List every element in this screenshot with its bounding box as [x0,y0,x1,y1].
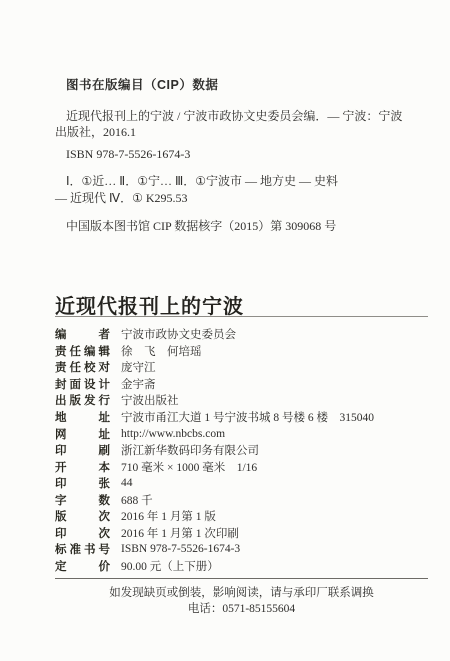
cip-section: 图书在版编目（CIP）数据 近现代报刊上的宁波 / 宁波市政协文史委员会编．— … [55,77,428,235]
row-label: 标准书号 [55,541,110,557]
colophon-row-publisher: 出版发行 宁波出版社 [55,392,428,409]
row-value: 浙江新华数码印务有限公司 [121,442,259,458]
cip-entry-line1: 近现代报刊上的宁波 / 宁波市政协文史委员会编．— 宁波：宁波 [55,108,428,125]
cip-heading: 图书在版编目（CIP）数据 [55,77,428,94]
cip-entry: 近现代报刊上的宁波 / 宁波市政协文史委员会编．— 宁波：宁波 出版社，2016… [55,108,428,141]
row-value: 90.00 元（上下册） [121,558,219,574]
row-value: ISBN 978-7-5526-1674-3 [121,543,240,555]
colophon-row-word-count: 字 数 688 千 [55,491,428,508]
row-value: 金宇斋 [121,376,156,392]
colophon-row-responsible-editor: 责任编辑 徐 飞 何培瑶 [55,343,428,360]
colophon-row-address: 地 址 宁波市甬江大道 1 号宁波书城 8 号楼 6 楼 315040 [55,409,428,426]
copyright-page: 图书在版编目（CIP）数据 近现代报刊上的宁波 / 宁波市政协文史委员会编．— … [0,0,450,661]
cip-isbn-line: ISBN 978-7-5526-1674-3 [55,146,428,163]
row-value: 44 [121,477,133,489]
footer-notice: 如发现缺页或倒装，影响阅读，请与承印厂联系调换 电话：0571-85155604 [55,585,428,617]
row-value: 庞守江 [121,359,156,375]
row-value: 710 毫米 × 1000 毫米 1/16 [121,459,257,475]
footer-divider [55,578,428,579]
row-label: 字 数 [55,492,110,508]
row-label: 责任编辑 [55,343,110,359]
row-label: 地 址 [55,409,110,425]
row-label: 责任校对 [55,359,110,375]
footer-line1: 如发现缺页或倒装，影响阅读，请与承印厂联系调换 [55,585,428,601]
row-label: 印 刷 [55,442,110,458]
row-label: 网 址 [55,426,110,442]
cip-class-line2: — 近现代 Ⅳ．① K295.53 [55,190,428,207]
row-label: 印 张 [55,475,110,491]
row-label: 印 次 [55,525,110,541]
colophon-row-proofreader: 责任校对 庞守江 [55,359,428,376]
colophon-row-editor: 编 者 宁波市政协文史委员会 [55,326,428,343]
row-label: 版 次 [55,508,110,524]
row-value: 宁波出版社 [121,392,179,408]
book-title: 近现代报刊上的宁波 [55,290,244,319]
colophon-row-price: 定 价 90.00 元（上下册） [55,558,428,575]
row-label: 定 价 [55,558,110,574]
colophon-row-cover-design: 封面设计 金宇斋 [55,376,428,393]
cip-record-line: 中国版本图书馆 CIP 数据核字（2015）第 309068 号 [55,218,428,235]
cip-entry-line2: 出版社，2016.1 [55,124,428,141]
colophon-row-isbn: 标准书号 ISBN 978-7-5526-1674-3 [55,541,428,558]
colophon-row-printer: 印 刷 浙江新华数码印务有限公司 [55,442,428,459]
colophon-row-sheets: 印 张 44 [55,475,428,492]
cip-class-line1: Ⅰ．①近… Ⅱ．①宁… Ⅲ．①宁波市 — 地方史 — 史料 [55,173,428,190]
footer-line2: 电话：0571-85155604 [55,601,428,617]
row-value: 688 千 [121,492,153,508]
cip-classification: Ⅰ．①近… Ⅱ．①宁… Ⅲ．①宁波市 — 地方史 — 史料 — 近现代 Ⅳ．① … [55,173,428,206]
colophon-row-printing: 印 次 2016 年 1 月第 1 次印刷 [55,525,428,542]
colophon-row-website: 网 址 http://www.nbcbs.com [55,425,428,442]
row-value: 徐 飞 何培瑶 [121,343,202,359]
row-value: 2016 年 1 月第 1 次印刷 [121,525,239,541]
colophon-row-format: 开 本 710 毫米 × 1000 毫米 1/16 [55,458,428,475]
row-value: 宁波市甬江大道 1 号宁波书城 8 号楼 6 楼 315040 [121,409,374,425]
row-label: 出版发行 [55,392,110,408]
row-label: 封面设计 [55,376,110,392]
row-value: 2016 年 1 月第 1 版 [121,508,216,524]
row-label: 编 者 [55,326,110,342]
colophon-row-edition: 版 次 2016 年 1 月第 1 版 [55,508,428,525]
row-label: 开 本 [55,459,110,475]
title-divider [55,316,428,317]
row-value: http://www.nbcbs.com [121,428,225,440]
colophon-table: 编 者 宁波市政协文史委员会 责任编辑 徐 飞 何培瑶 责任校对 庞守江 封面设… [55,326,428,574]
row-value: 宁波市政协文史委员会 [121,326,236,342]
